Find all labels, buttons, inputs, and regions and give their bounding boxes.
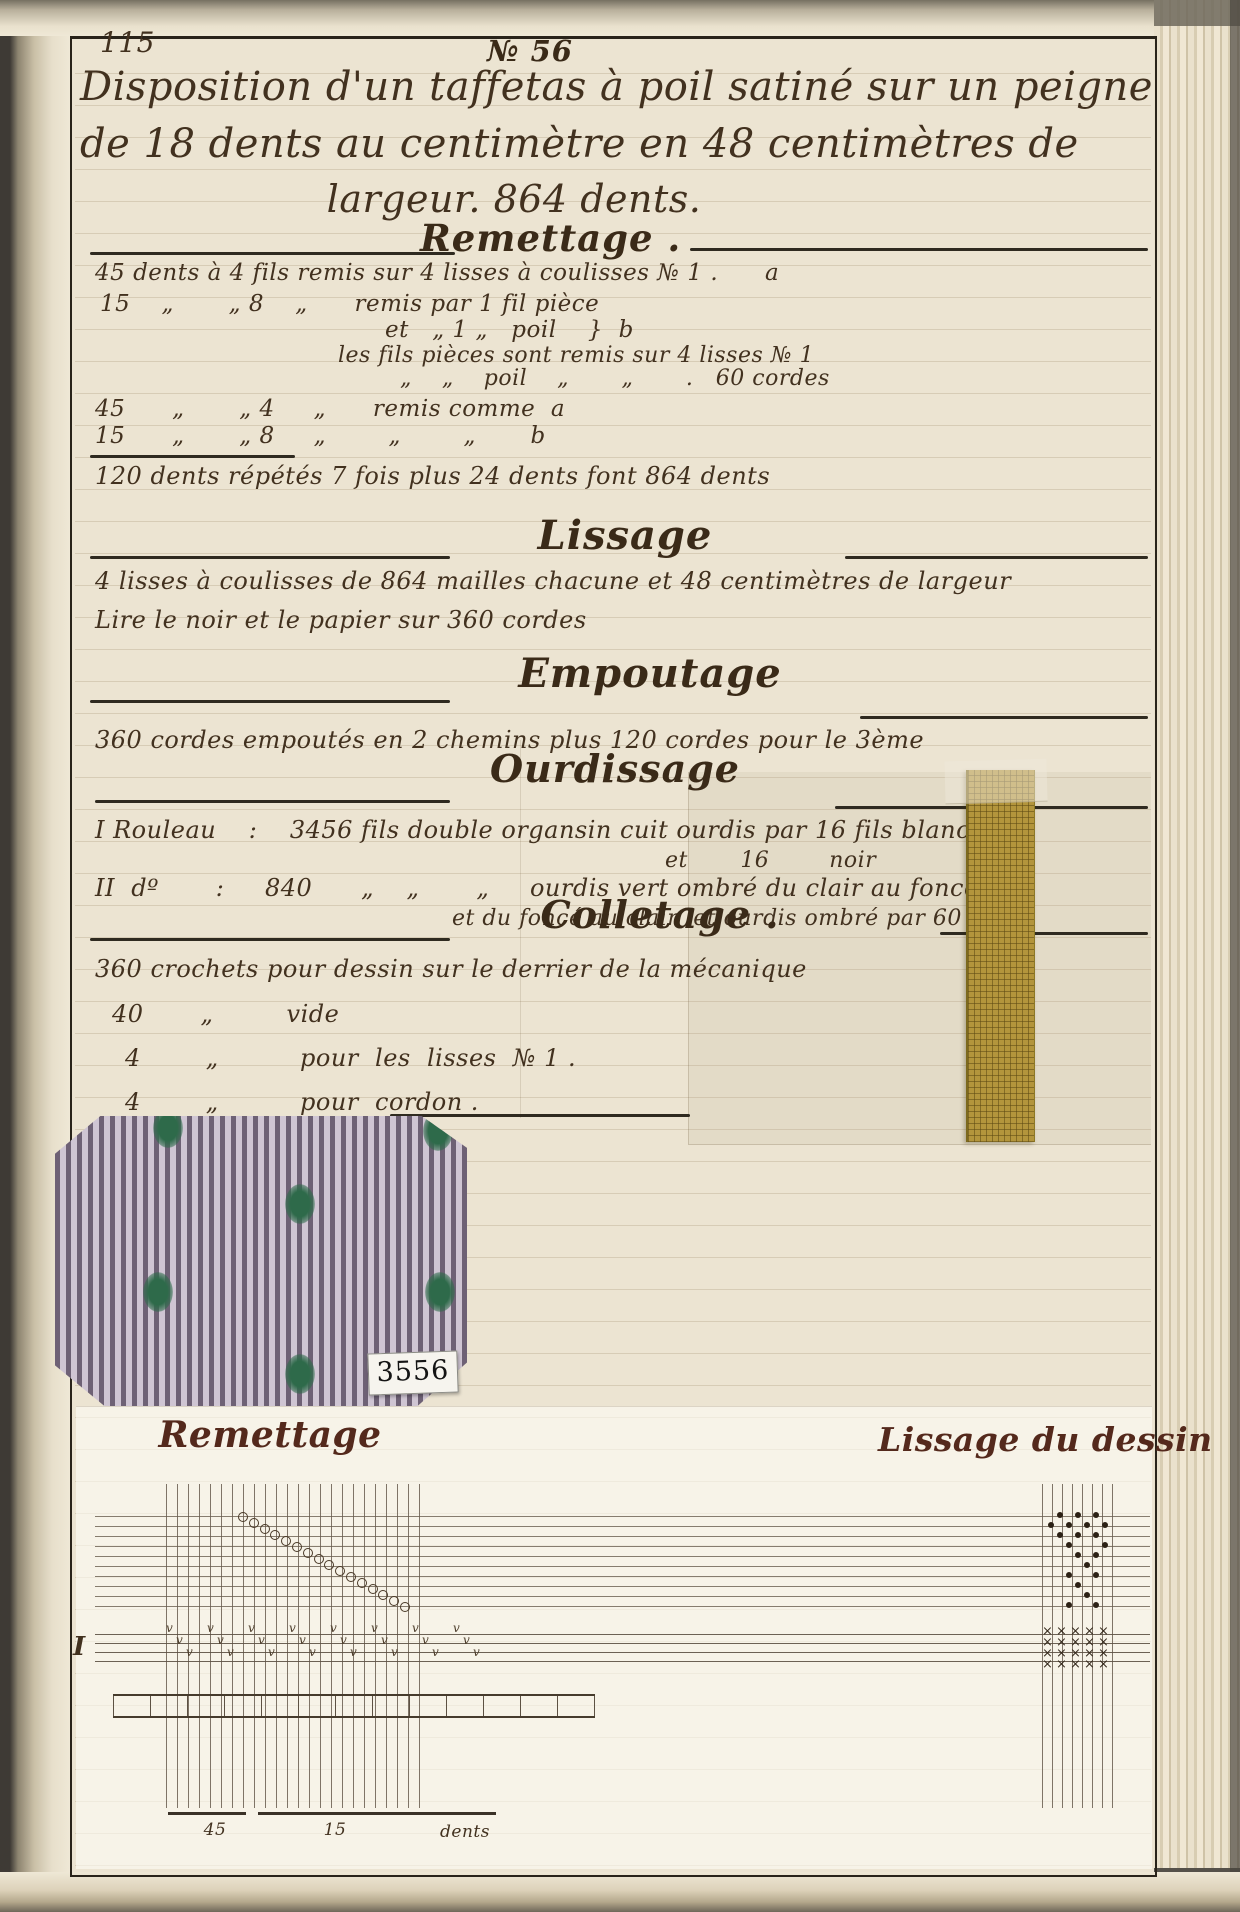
remettage-line: 45 „ „ 4 „ remis comme a bbox=[95, 396, 565, 422]
diagram-mark-dt bbox=[1084, 1522, 1090, 1528]
diagram-mark-vm: v bbox=[432, 1646, 439, 1658]
swatch-dot bbox=[143, 1272, 173, 1312]
diagram-mark-dt bbox=[1075, 1552, 1081, 1558]
diagram-row-label: I bbox=[73, 1632, 86, 1662]
section-divider bbox=[95, 800, 450, 803]
page-top-edge bbox=[0, 0, 1240, 36]
diagram-mark-om bbox=[346, 1572, 356, 1582]
diagram-mark-dt bbox=[1066, 1572, 1072, 1578]
remettage-total-line: 120 dents répétés 7 fois plus 24 dents f… bbox=[95, 462, 770, 490]
diagram-mark-xm: × bbox=[1042, 1659, 1053, 1671]
diagram-mark-om bbox=[357, 1578, 367, 1588]
diagram-mark-om bbox=[238, 1512, 248, 1522]
diagram-mark-dt bbox=[1075, 1512, 1081, 1518]
axis-rule-15 bbox=[258, 1812, 496, 1815]
gold-ruler-strip bbox=[966, 770, 1035, 1142]
diagram-mark-vm: v bbox=[176, 1634, 183, 1646]
swatch-dot bbox=[285, 1184, 315, 1224]
diagram-mark-xm: × bbox=[1098, 1659, 1109, 1671]
diagram-mark-dt bbox=[1084, 1562, 1090, 1568]
heading-empoutage: Empoutage bbox=[510, 650, 790, 697]
diagram-mark-dt bbox=[1093, 1572, 1099, 1578]
diagram-mark-vm: v bbox=[340, 1634, 347, 1646]
lissage-line: 4 lisses à coulisses de 864 mailles chac… bbox=[95, 567, 1011, 595]
diagram-mark-vm: v bbox=[412, 1622, 419, 1634]
diagram-mark-dt bbox=[1048, 1522, 1054, 1528]
manuscript-page: 115 № 56 Disposition d'un taffetas à poi… bbox=[0, 0, 1240, 1912]
section-divider bbox=[390, 1114, 690, 1117]
diagram-mark-dt bbox=[1057, 1532, 1063, 1538]
diagram-mark-vm: v bbox=[391, 1646, 398, 1658]
book-gutter bbox=[0, 0, 70, 1912]
design-number: № 56 bbox=[460, 34, 600, 68]
colletage-line: 40 „ vide bbox=[112, 1000, 339, 1028]
remettage-line: 45 dents à 4 fils remis sur 4 lisses à c… bbox=[95, 260, 779, 286]
axis-label-dents: dents bbox=[425, 1822, 505, 1842]
heddle-lines-upper bbox=[95, 1516, 1150, 1608]
diagram-mark-vm: v bbox=[166, 1622, 173, 1634]
diagram-mark-vm: v bbox=[371, 1622, 378, 1634]
colletage-line: 4 „ pour les lisses № 1 . bbox=[125, 1044, 576, 1072]
diagram-mark-om bbox=[368, 1584, 378, 1594]
diagram-mark-dt bbox=[1066, 1602, 1072, 1608]
swatch-dot bbox=[285, 1354, 315, 1394]
swatch-number-tag: 3556 bbox=[367, 1350, 458, 1395]
lissage-line: Lire le noir et le papier sur 360 cordes bbox=[95, 606, 587, 634]
diagram-mark-dt bbox=[1066, 1542, 1072, 1548]
diagram-mark-om bbox=[303, 1548, 313, 1558]
diagram-mark-vm: v bbox=[330, 1622, 337, 1634]
section-divider bbox=[90, 252, 455, 255]
folio-number: 115 bbox=[100, 26, 155, 59]
section-divider bbox=[90, 700, 450, 703]
diagram-mark-vm: v bbox=[186, 1646, 193, 1658]
axis-label-15: 15 bbox=[305, 1820, 365, 1840]
diagram-mark-vm: v bbox=[473, 1646, 480, 1658]
diagram-mark-vm: v bbox=[217, 1634, 224, 1646]
diagram-mark-xm: × bbox=[1070, 1659, 1081, 1671]
diagram-mark-vm: v bbox=[422, 1634, 429, 1646]
diagram-mark-vm: v bbox=[350, 1646, 357, 1658]
backdrop-top-right bbox=[1154, 0, 1240, 26]
diagram-mark-vm: v bbox=[463, 1634, 470, 1646]
colletage-line: 4 „ pour cordon . bbox=[125, 1088, 479, 1116]
heading-colletage: Colletage . bbox=[535, 892, 785, 937]
book-fore-edge-pages bbox=[1154, 0, 1240, 1912]
axis-rule-45 bbox=[168, 1812, 246, 1815]
swatch-dot bbox=[425, 1272, 455, 1312]
heading-lissage: Lissage bbox=[505, 512, 745, 559]
diagram-mark-dt bbox=[1102, 1542, 1108, 1548]
diagram-mark-om bbox=[292, 1542, 302, 1552]
diagram-mark-vm: v bbox=[299, 1634, 306, 1646]
remettage-line: les fils pièces sont remis sur 4 lisses … bbox=[338, 343, 814, 368]
diagram-mark-om bbox=[400, 1602, 410, 1612]
diagram-mark-dt bbox=[1057, 1512, 1063, 1518]
title-line-1: Disposition d'un taffetas à poil satiné … bbox=[80, 64, 948, 110]
remettage-line: 15 „ „ 8 „ „ „ b bbox=[95, 423, 546, 449]
diagram-mark-dt bbox=[1066, 1522, 1072, 1528]
section-divider bbox=[845, 556, 1148, 559]
ourdissage-line: I Rouleau : 3456 fils double organsin cu… bbox=[95, 816, 970, 844]
axis-label-45: 45 bbox=[185, 1820, 245, 1840]
diagram-mark-xm: × bbox=[1084, 1659, 1095, 1671]
heddle-lines-lower bbox=[95, 1634, 1150, 1664]
sum-underline bbox=[90, 455, 295, 458]
diagram-mark-vm: v bbox=[268, 1646, 275, 1658]
diagram-mark-vm: v bbox=[309, 1646, 316, 1658]
diagram-mark-dt bbox=[1093, 1602, 1099, 1608]
heading-ourdissage: Ourdissage bbox=[470, 746, 760, 791]
diagram-left-title: Remettage bbox=[150, 1414, 390, 1456]
diagram-mark-vm: v bbox=[207, 1622, 214, 1634]
diagram-right-title: Lissage du dessin bbox=[878, 1420, 1170, 1459]
section-divider bbox=[90, 556, 450, 559]
backdrop-right bbox=[1230, 0, 1240, 1912]
diagram-mark-dt bbox=[1093, 1532, 1099, 1538]
heading-remettage: Remettage . bbox=[420, 216, 680, 260]
colletage-line: 360 crochets pour dessin sur le derrier … bbox=[95, 955, 807, 983]
diagram-mark-om bbox=[314, 1554, 324, 1564]
diagram-mark-vm: v bbox=[258, 1634, 265, 1646]
diagram-mark-om bbox=[260, 1524, 270, 1534]
section-divider bbox=[690, 248, 1148, 251]
diagram-mark-om bbox=[249, 1518, 259, 1528]
remettage-line: „ „ poil „ „ . 60 cordes bbox=[400, 366, 830, 391]
diagram-mark-dt bbox=[1102, 1522, 1108, 1528]
remettage-line: 15 „ „ 8 „ remis par 1 fil pièce bbox=[100, 291, 599, 317]
adhesive-tape bbox=[944, 759, 1047, 805]
diagram-mark-dt bbox=[1084, 1592, 1090, 1598]
diagram-mark-vm: v bbox=[248, 1622, 255, 1634]
diagram-mark-vm: v bbox=[381, 1634, 388, 1646]
section-divider bbox=[90, 938, 450, 941]
title-line-3: largeur. 864 dents. bbox=[80, 177, 948, 221]
diagram-mark-dt bbox=[1093, 1552, 1099, 1558]
diagram-mark-dt bbox=[1093, 1512, 1099, 1518]
remettage-line: et „ 1 „ poil } b bbox=[385, 317, 634, 343]
diagram-mark-dt bbox=[1075, 1532, 1081, 1538]
section-divider bbox=[860, 716, 1148, 719]
title-line-2: de 18 dents au centimètre en 48 centimèt… bbox=[80, 121, 948, 167]
ourdissage-line: et 16 noir bbox=[665, 848, 876, 873]
diagram-mark-xm: × bbox=[1056, 1659, 1067, 1671]
diagram-mark-dt bbox=[1075, 1582, 1081, 1588]
reed-band bbox=[113, 1694, 595, 1718]
diagram-mark-vm: v bbox=[227, 1646, 234, 1658]
diagram-mark-vm: v bbox=[289, 1622, 296, 1634]
page-bottom-edge bbox=[0, 1872, 1240, 1912]
diagram-mark-vm: v bbox=[453, 1622, 460, 1634]
